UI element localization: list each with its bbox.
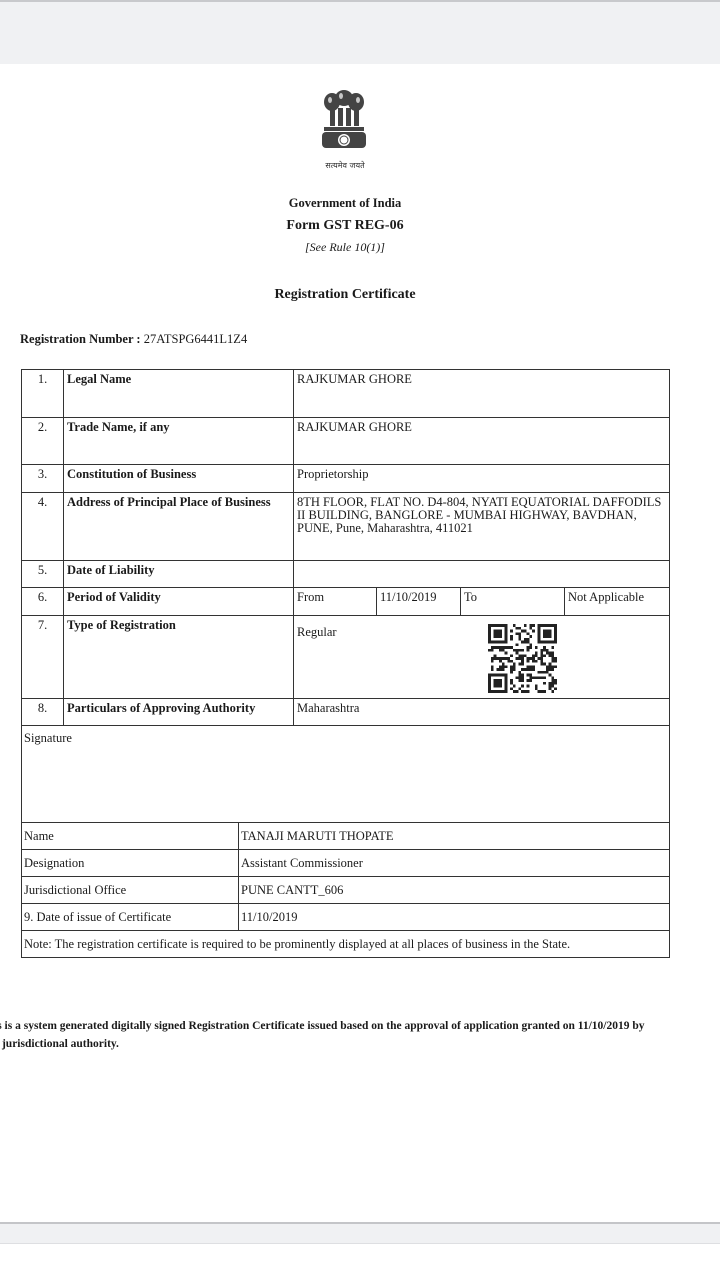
table-row: Designation Assistant Commissioner	[22, 850, 670, 877]
viewer-top-bar	[0, 0, 720, 64]
row-value: RAJKUMAR GHORE	[294, 418, 670, 465]
authority-table: Name TANAJI MARUTI THOPATE Designation A…	[21, 822, 670, 958]
table-row: 5. Date of Liability	[22, 561, 670, 588]
notice-line-1: is is a system generated digitally signe…	[0, 1017, 714, 1035]
table-row: 7. Type of Registration Regular	[22, 616, 670, 699]
row-label: Date of Liability	[64, 561, 294, 588]
authority-value: PUNE CANTT_606	[239, 877, 670, 904]
row-number: 6.	[22, 588, 64, 616]
registration-number: Registration Number : 27ATSPG6441L1Z4	[20, 332, 247, 347]
row-label: Trade Name, if any	[64, 418, 294, 465]
registration-type: Regular	[297, 625, 337, 639]
validity-from-label: From	[294, 588, 377, 616]
government-heading: Government of India	[0, 196, 690, 211]
row-value: 8TH FLOOR, FLAT NO. D4-804, NYATI EQUATO…	[294, 493, 670, 561]
authority-label: Designation	[22, 850, 239, 877]
notice-line-2: e jurisdictional authority.	[0, 1035, 714, 1053]
row-number: 2.	[22, 418, 64, 465]
emblem-motto: सत्यमेव जयते	[300, 160, 390, 171]
system-generated-notice: is is a system generated digitally signe…	[0, 1017, 714, 1053]
row-value: RAJKUMAR GHORE	[294, 370, 670, 418]
signature-label: Signature	[24, 731, 72, 745]
table-row: 3. Constitution of Business Proprietorsh…	[22, 465, 670, 493]
form-heading: Form GST REG-06	[0, 218, 690, 234]
row-value: Maharashtra	[294, 699, 670, 726]
table-row: 4. Address of Principal Place of Busines…	[22, 493, 670, 561]
national-emblem-icon	[316, 84, 372, 156]
row-number: 8.	[22, 699, 64, 726]
authority-value: TANAJI MARUTI THOPATE	[239, 823, 670, 850]
row-value	[294, 561, 670, 588]
registration-details-table: 1. Legal Name RAJKUMAR GHORE 2. Trade Na…	[21, 369, 670, 726]
row-number: 3.	[22, 465, 64, 493]
table-row: 9. Date of issue of Certificate 11/10/20…	[22, 904, 670, 931]
validity-from-value: 11/10/2019	[377, 588, 461, 616]
certificate-title: Registration Certificate	[0, 287, 690, 303]
row-label: Legal Name	[64, 370, 294, 418]
table-row: 1. Legal Name RAJKUMAR GHORE	[22, 370, 670, 418]
rule-reference: [See Rule 10(1)]	[0, 240, 690, 255]
signature-area: Signature	[21, 726, 670, 823]
registration-number-value: 27ATSPG6441L1Z4	[144, 332, 247, 346]
row-number: 7.	[22, 616, 64, 699]
row-label: Address of Principal Place of Business	[64, 493, 294, 561]
row-label: Type of Registration	[64, 616, 294, 699]
row-value: Proprietorship	[294, 465, 670, 493]
authority-value: Assistant Commissioner	[239, 850, 670, 877]
row-number: 1.	[22, 370, 64, 418]
row-label: Period of Validity	[64, 588, 294, 616]
table-row: Jurisdictional Office PUNE CANTT_606	[22, 877, 670, 904]
row-value: Regular	[294, 616, 670, 699]
row-number: 5.	[22, 561, 64, 588]
table-row: 8. Particulars of Approving Authority Ma…	[22, 699, 670, 726]
viewer-bottom-bar	[0, 1222, 720, 1244]
table-row: 6. Period of Validity From 11/10/2019 To…	[22, 588, 670, 616]
table-row: Name TANAJI MARUTI THOPATE	[22, 823, 670, 850]
authority-value: 11/10/2019	[239, 904, 670, 931]
qr-code-icon	[487, 624, 558, 693]
registration-number-label: Registration Number :	[20, 332, 141, 346]
display-note: Note: The registration certificate is re…	[22, 931, 670, 958]
authority-label: Name	[22, 823, 239, 850]
table-row: Note: The registration certificate is re…	[22, 931, 670, 958]
row-label: Constitution of Business	[64, 465, 294, 493]
row-number: 4.	[22, 493, 64, 561]
validity-to-label: To	[461, 588, 565, 616]
authority-label: 9. Date of issue of Certificate	[22, 904, 239, 931]
authority-label: Jurisdictional Office	[22, 877, 239, 904]
table-row: 2. Trade Name, if any RAJKUMAR GHORE	[22, 418, 670, 465]
validity-to-value: Not Applicable	[565, 588, 670, 616]
row-label: Particulars of Approving Authority	[64, 699, 294, 726]
